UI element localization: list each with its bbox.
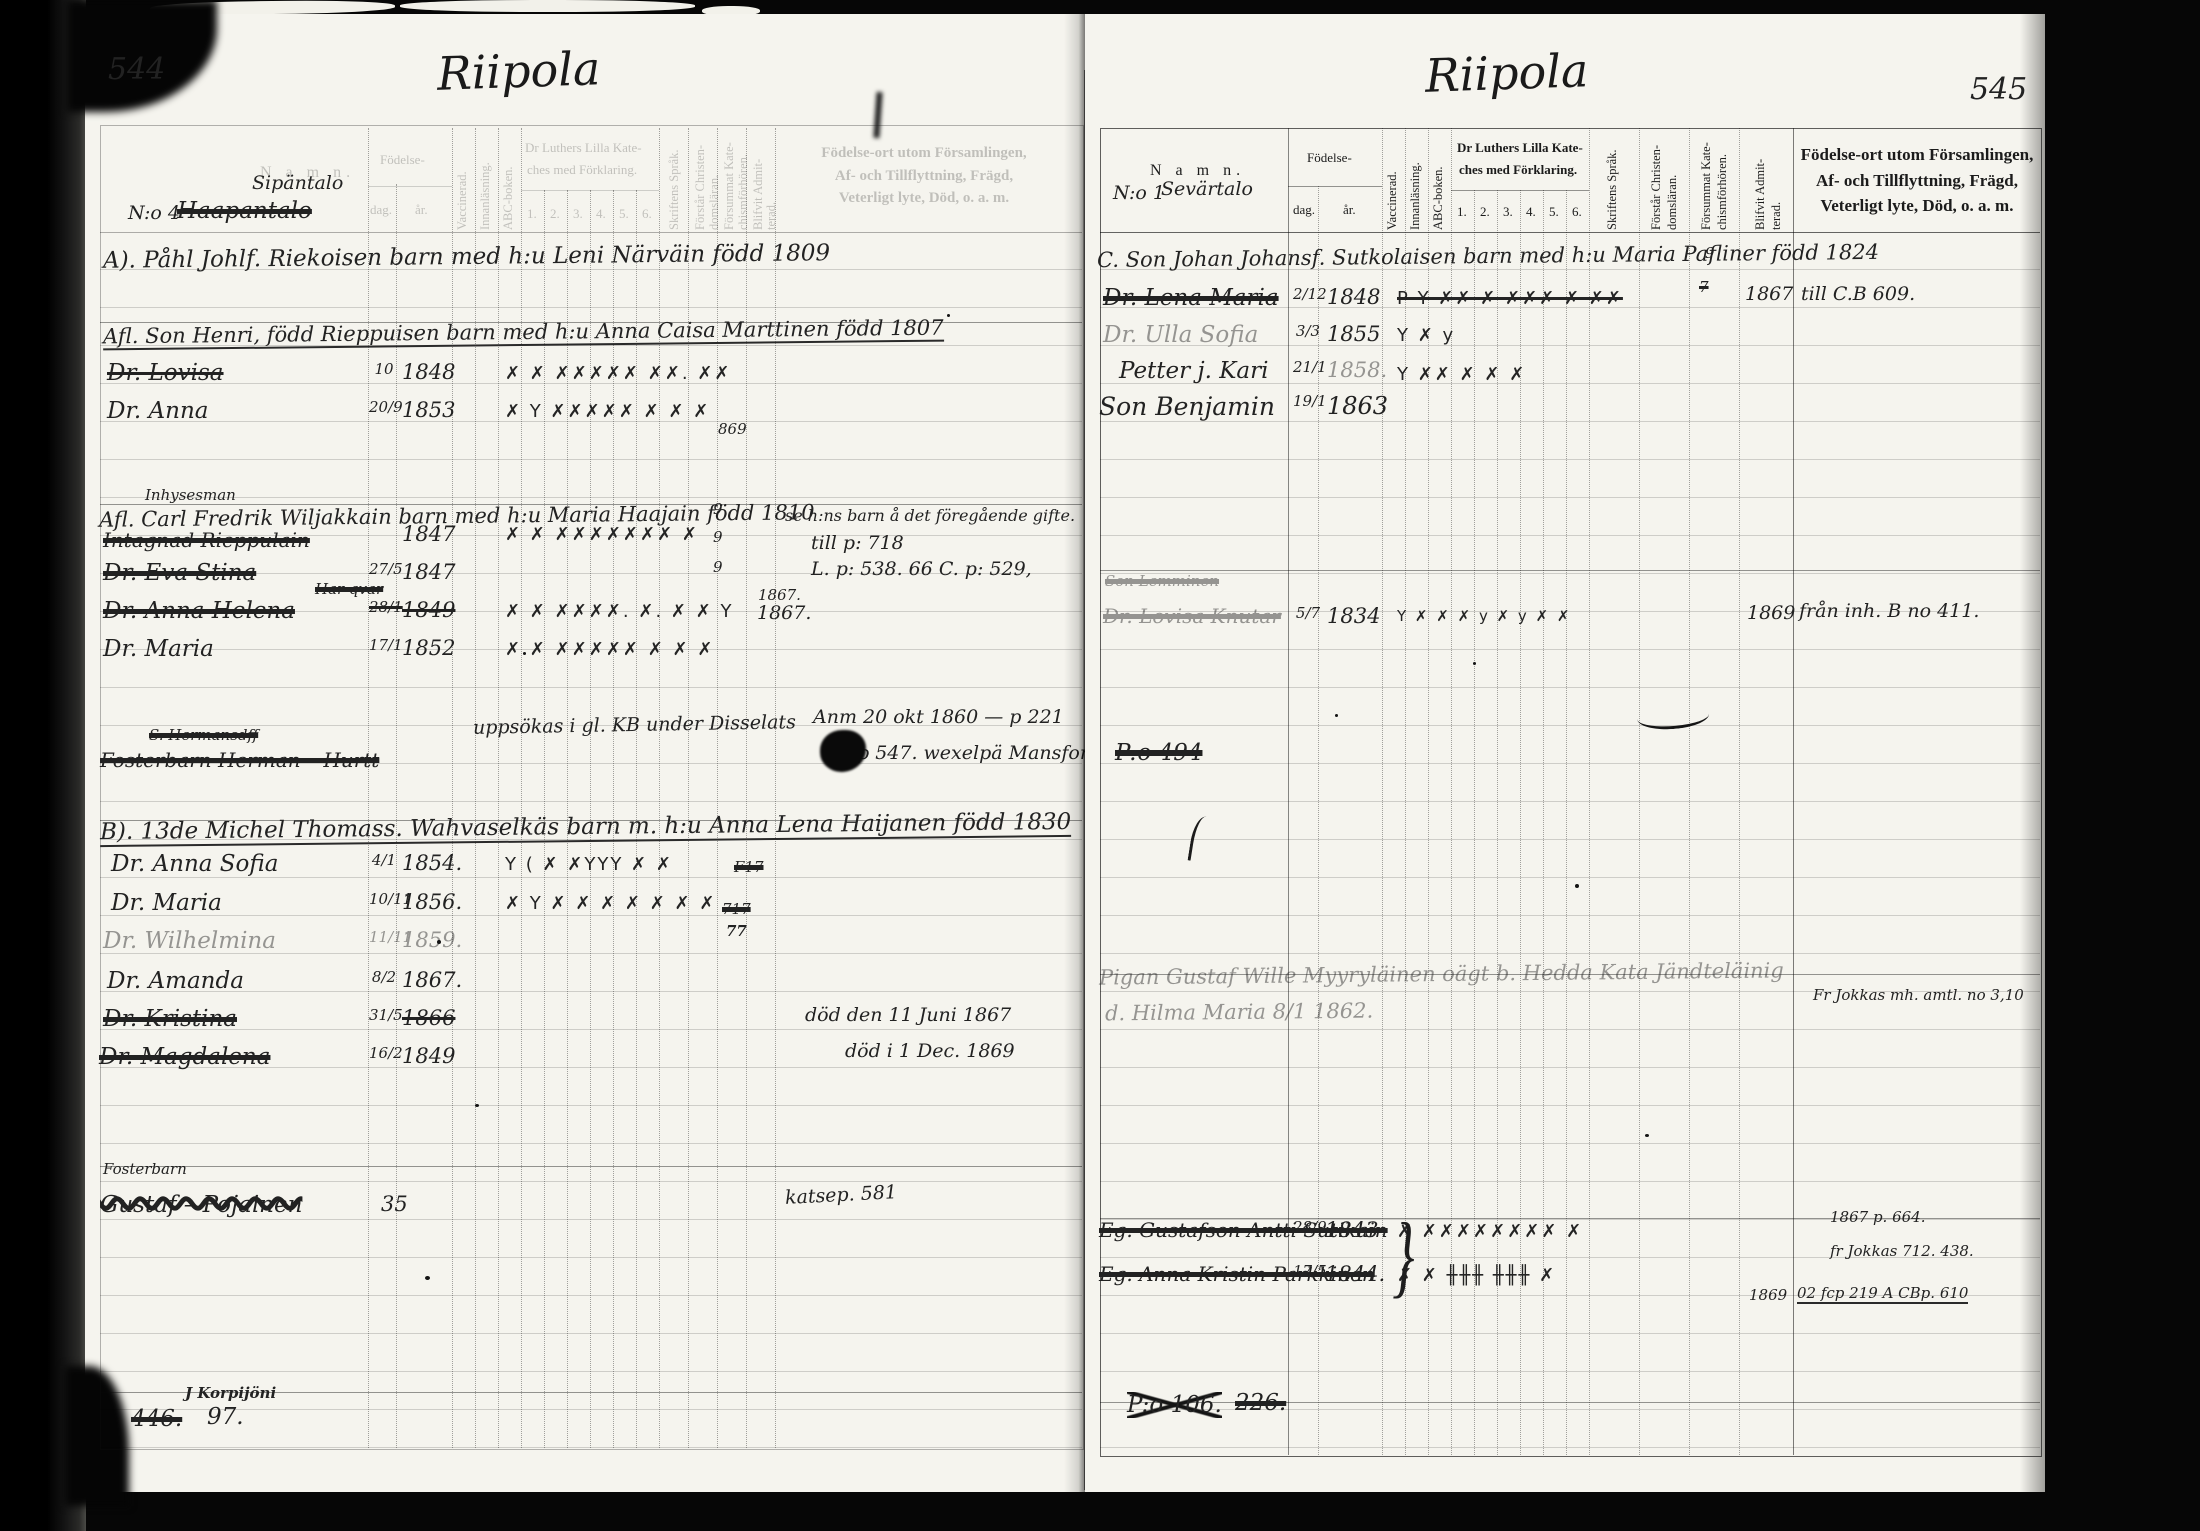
katekes-col-5: 5. [619,206,629,222]
birth-day: 10 [369,360,399,378]
column-header-vaccinerad: Vaccinerad. [1385,132,1400,230]
column-header-innanlasning: Innanläsning. [478,132,493,230]
struck-entry: Son Lemminen [1105,572,1219,590]
birth-year: 1848 [402,360,455,384]
birth-year: 1847 [402,560,455,584]
person-name: Dr. Wilhelmina [103,928,276,954]
house-name: Sevärtalo [1161,178,1253,200]
struck-reference: P:o 494 [1115,740,1202,766]
column-header-katekes-line1: Dr Luthers Lilla Kate- [1457,140,1583,156]
struck-entry: Fosterbarn Herman – Hurtt [100,748,379,772]
katekes-col-1: 1. [527,206,537,222]
person-name: Gustaf – Pojainen [100,1192,302,1218]
birth-year: 1867. [402,968,462,992]
person-name: Dr. Eva Stina [103,560,256,586]
birth-day: 16/2 [369,1044,399,1062]
birth-day: 31/5 [369,1006,399,1024]
katekes-marks: ✗ Y ✗✗✗✗✗ ✗ ✗ ✗ [505,401,710,422]
sista-line2: Af- och Tillflyttning, Frägd, [779,165,1069,188]
birth-day: 28/1 [369,598,399,616]
column-header-innanlasning: Innanläsning. [1408,132,1423,230]
transfer-note: L. p: 538. 66 C. p: 529, [811,558,1032,580]
scan-smear [400,0,695,12]
house-number: N:o 1 [1113,182,1165,204]
struck-entry: S. Hermansdff [149,726,258,744]
margin-tick: 7 [1699,278,1709,296]
column-header-skriftens: Skriftens Språk. [667,132,682,230]
person-name: Dr. Anna Helena [103,598,295,624]
column-header-ar: år. [1343,202,1356,218]
birth-year: 1856. [402,890,462,914]
birth-day: 5/7 [1293,604,1323,622]
birth-year: 1847 [402,522,455,546]
column-header-forsummat-line2: chismförhören. [736,132,751,230]
struck-mark: 717 [722,900,751,918]
year-note: 1867. [757,602,811,624]
couple-bracket: } [1392,1202,1414,1308]
house-name-new: Sipäntalo [252,172,343,194]
margin-tick: 9 [713,500,723,518]
katekes-marks: ✗ ✗ ✗✗✗✗✗ ✗✗. ✗✗ [505,363,732,384]
column-header-dag: dag. [1293,202,1315,218]
column-header-forsummat-line2: chismförhören. [1715,132,1730,230]
column-header-abc: ABC-boken. [1431,132,1446,230]
katekes-col-6: 6. [642,206,652,222]
column-header-katekes-line2: ches med Förklaring. [1459,162,1577,178]
page-reference-struck: 226. [1235,1390,1286,1416]
birth-year: 1858. [1327,358,1387,382]
person-name: Petter j. Kari [1119,358,1268,384]
margin-tick: 9 [713,528,723,546]
birth-year: 1848 [1327,285,1380,309]
katekes-col-4: 4. [596,206,606,222]
transfer-note: till C.B 609. [1801,283,1915,305]
person-name: Dr. Anna Sofia [111,851,278,877]
katekes-marks: ✗ ✗ ✗✗✗✗. ✗. ✗ ✗ Y [505,601,734,622]
birth-year: 1866 [402,1006,455,1030]
person-name: Intagnad Rieppulain [103,528,310,552]
birth-day: 10/11 [369,890,399,908]
column-header-blifvit-line2: terad. [764,132,779,230]
katekes-col-3: 3. [1503,204,1513,220]
archive-note: Anm 20 okt 1860 — p 221 [813,706,1064,728]
admitted-year: 1867 [1745,283,1793,305]
right-page: 545 Riipola N a m n. Födelse- dag. [1085,14,2045,1492]
column-header-blifvit-line1: Blifvit Admit- [1753,132,1768,230]
katekes-marks: ✗ ✗ ✗✗✗✗✗ ✗ ✗ ✗ [505,639,714,660]
katekes-col-1: 1. [1457,204,1467,220]
column-header-abc: ABC-boken. [501,132,516,230]
transfer-note: se h:ns barn å det föregående gifte. [785,506,1075,525]
status-label: Fosterbarn [103,1160,187,1178]
birth-day: 4/1 [369,851,399,869]
birth-year: 1844. [1325,1262,1385,1286]
birth-year: 1852 [402,636,455,660]
transfer-note: till p: 718 [811,532,904,554]
sista-line2: Af- och Tillflyttning, Frägd, [1797,168,2037,194]
katekes-col-3: 3. [573,206,583,222]
person-name: Dr. Maria [111,890,222,916]
admitted-year: 1869 [1749,1286,1787,1304]
column-header-fodelse: Födelse- [1307,150,1352,166]
sista-line1: Födelse-ort utom Församlingen, [779,142,1069,165]
admitted-year: 1869 [1747,602,1795,624]
birth-year: 1849 [402,1044,455,1068]
column-header-forstar-line2: domsläran. [1665,132,1680,230]
katekes-marks: P Y ✗✗ ✗ ✗✗✗ ✗ ✗✗ [1397,288,1623,309]
person-name: Dr. Anna [107,398,208,424]
person-name: Dr. Amanda [107,968,244,994]
katekes-marks: Y ( ✗ ✗YYY ✗ ✗ [505,854,673,875]
katekes-col-6: 6. [1572,204,1582,220]
transfer-note: från inh. B no 411. [1799,600,1979,622]
house-number: N:o 4 [128,202,180,224]
column-header-katekes-line2: ches med Förklaring. [527,162,637,178]
katekes-marks: Y ✗✗ ✗ ✗ ✗ [1397,364,1526,385]
birth-year: 1863 [1327,392,1388,420]
transfer-note: fr Jokkas 712. 438. [1830,1242,1974,1260]
child-entry: d. Hilma Maria 8/1 1862. [1105,999,1373,1026]
footer-number-struck: 446. [131,1406,182,1432]
birth-year: 1854. [402,851,462,875]
column-header-forsummat-line1: Försummat Kate- [1699,132,1714,230]
book-left-edge [0,0,86,1531]
person-name: Dr. Ulla Sofia [1103,322,1258,348]
birth-year: 1859. [402,928,462,952]
page-number: 544 [108,52,165,87]
katekes-col-4: 4. [1526,204,1536,220]
birth-day: 3/3 [1293,322,1323,340]
left-page: 544 Riipola N a m n. Födelse- d [85,14,1085,1492]
column-header-forstar-line1: Förstår Christen- [693,132,708,230]
katekes-col-2: 2. [550,206,560,222]
status-label: Inhysesman [145,486,236,504]
column-header-katekes-line1: Dr Luthers Lilla Kate- [525,140,642,156]
birth-day: 19/1 [1293,392,1323,410]
katekes-marks: ✗ ✗✗✗✗✗✗✗✗ ✗ [1397,1221,1583,1242]
scribble-note: Har qvar [315,580,383,598]
birth-year: 1853 [402,398,455,422]
katekes-col-2: 2. [1480,204,1490,220]
column-header-forsummat-line1: Försummat Kate- [722,132,737,230]
column-header-blifvit-line2: terad. [1769,132,1784,230]
margin-year: 1867. [758,586,801,604]
birth-day: 28/9 [1293,1218,1323,1236]
footer-note: J Korpijöni [185,1384,276,1402]
katekes-col-5: 5. [1549,204,1559,220]
column-header-sista: Födelse-ort utom Församlingen, Af- och T… [1797,142,2037,219]
sista-line3: Veterligt lyte, Död, o. a. m. [1797,193,2037,219]
page-reference: P:o 106. [1127,1392,1222,1418]
birth-day: 2/12 [1293,285,1323,303]
birth-day: 17/1 [369,636,399,654]
katekes-marks: ✗ Y ✗ ✗ ✗ ✗ ✗ ✗ ✗ [505,893,716,914]
sista-line1: Födelse-ort utom Församlingen, [1797,142,2037,168]
transfer-note: 1867 p. 664. [1830,1208,1925,1226]
margin-mark: 77 [726,922,747,940]
birth-day: 11/11 [369,928,399,946]
birth-year: 1843 [1325,1218,1378,1242]
column-header-ar: år. [415,202,428,218]
birth-day: 27/5 [369,560,399,578]
birth-day: 17/5 [1293,1262,1323,1280]
scanned-parish-register: 544 Riipola N a m n. Födelse- d [0,0,2200,1531]
person-name: Son Benjamin [1099,392,1275,421]
column-header-forstar-line1: Förstår Christen- [1649,132,1664,230]
margin-tick: 9 [1705,244,1715,262]
transfer-note: 02 fcp 219 A CBp. 610 [1797,1284,1968,1304]
person-name: Dr. Lovisa Knutar [1103,604,1281,628]
birth-day: 20/9 [369,398,399,416]
person-name: Dr. Lovisa [107,360,224,386]
death-note: död den 11 Juni 1867 [805,1004,1011,1026]
column-header-fodelse: Födelse- [380,152,425,168]
birth-year: 1849 [402,598,455,622]
column-header-dag: dag. [370,202,392,218]
katekes-marks: ✗ ✗ ✗✗✗✗✗✗✗ ✗ [505,524,699,545]
katekes-marks: Y ✗ ✗ ✗ y ✗ y ✗ ✗ [1397,607,1571,625]
footer-number: 97. [207,1404,244,1430]
person-name: Dr. Magdalena [99,1044,270,1070]
person-name: Dr. Lena Maria [1103,285,1279,311]
house-name-struck: Haapantalo [177,198,312,224]
sista-line3: Veterligt lyte, Död, o. a. m. [779,187,1069,210]
margin-tick: 9 [713,558,723,576]
village-title: Riipola [1424,43,1589,103]
person-name: Dr. Kristina [103,1006,237,1032]
birth-year: 1855 [1327,322,1380,346]
katekes-marks: Y ✗ y [1397,325,1455,346]
struck-mark: F17 [734,858,764,876]
page-number: 545 [1970,72,2027,107]
death-note: död i 1 Dec. 1869 [845,1040,1015,1062]
birth-day: 8/2 [369,968,399,986]
birth-day: 21/1 [1293,358,1323,376]
village-title: Riipola [436,41,601,101]
person-name: Dr. Maria [103,636,214,662]
transfer-note: Fr Jokkas mh. amtl. no 3,10 [1813,986,2024,1004]
column-header-vaccinerad: Vaccinerad. [455,132,470,230]
column-header-skriftens: Skriftens Språk. [1605,132,1620,230]
column-header-sista: Födelse-ort utom Församlingen, Af- och T… [779,142,1069,210]
katekes-marks: ✗ ✗ ╫╫╫ ╫╫╫ ✗ [1397,1265,1556,1286]
margin-note: 869 [718,420,747,438]
birth-year: 1834 [1327,604,1380,628]
column-header-forstar-line2: domsläran. [707,132,722,230]
ref-number: 35 [381,1192,408,1216]
